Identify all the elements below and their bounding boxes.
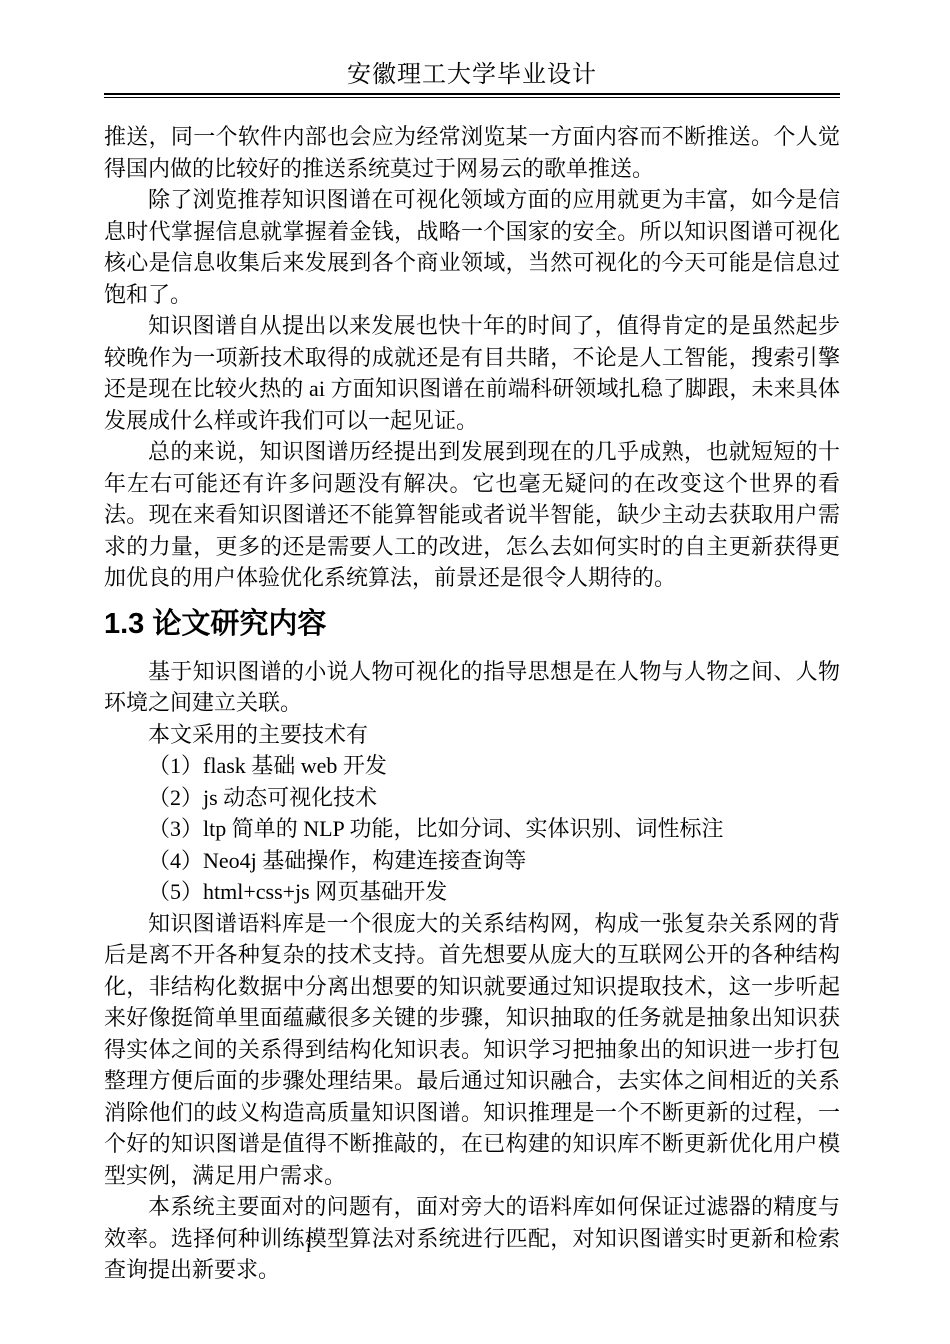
paragraph-research-intro: 基于知识图谱的小说人物可视化的指导思想是在人物与人物之间、人物环境之间建立关联。 — [104, 656, 840, 719]
tech-list-item: （3）ltp 简单的 NLP 功能，比如分词、实体识别、词性标注 — [104, 813, 840, 845]
paragraph-corpus-process: 知识图谱语料库是一个很庞大的关系结构网，构成一张复杂关系网的背后是离不开各种复杂… — [104, 908, 840, 1192]
paragraph-kg-summary: 总的来说，知识图谱历经提出到发展到现在的几乎成熟，也就短短的十年左右可能还有许多… — [104, 436, 840, 594]
tech-list-item: （1）flask 基础 web 开发 — [104, 750, 840, 782]
document-body: 推送，同一个软件内部也会应为经常浏览某一方面内容而不断推送。个人觉得国内做的比较… — [104, 121, 840, 1286]
tech-list-item: （4）Neo4j 基础操作，构建连接查询等 — [104, 845, 840, 877]
header-rule-thick-line — [104, 93, 840, 95]
tech-list-item: （2）js 动态可视化技术 — [104, 782, 840, 814]
paragraph-tech-lead: 本文采用的主要技术有 — [104, 719, 840, 751]
paragraph-continuation: 推送，同一个软件内部也会应为经常浏览某一方面内容而不断推送。个人觉得国内做的比较… — [104, 121, 840, 184]
paragraph-kg-development: 知识图谱自从提出以来发展也快十年的时间了，值得肯定的是虽然起步较晚作为一项新技术… — [104, 310, 840, 436]
paragraph-visualization-application: 除了浏览推荐知识图谱在可视化领域方面的应用就更为丰富，如今是信息时代掌握信息就掌… — [104, 184, 840, 310]
tech-list: （1）flask 基础 web 开发 （2）js 动态可视化技术 （3）ltp … — [104, 750, 840, 908]
section-heading: 1.3 论文研究内容 — [104, 607, 840, 641]
paragraph-system-problems: 本系统主要面对的问题有，面对旁大的语料库如何保证过滤器的精度与效率。选择何种训练… — [104, 1191, 840, 1286]
page-header: 安徽理工大学毕业设计 — [104, 60, 840, 98]
header-rule — [104, 93, 840, 98]
header-title: 安徽理工大学毕业设计 — [104, 60, 840, 90]
header-rule-thin-line — [104, 97, 840, 98]
tech-list-item: （5）html+css+js 网页基础开发 — [104, 876, 840, 908]
document-page: 安徽理工大学毕业设计 推送，同一个软件内部也会应为经常浏览某一方面内容而不断推送… — [0, 0, 950, 1344]
page-number: i — [306, 1236, 311, 1256]
